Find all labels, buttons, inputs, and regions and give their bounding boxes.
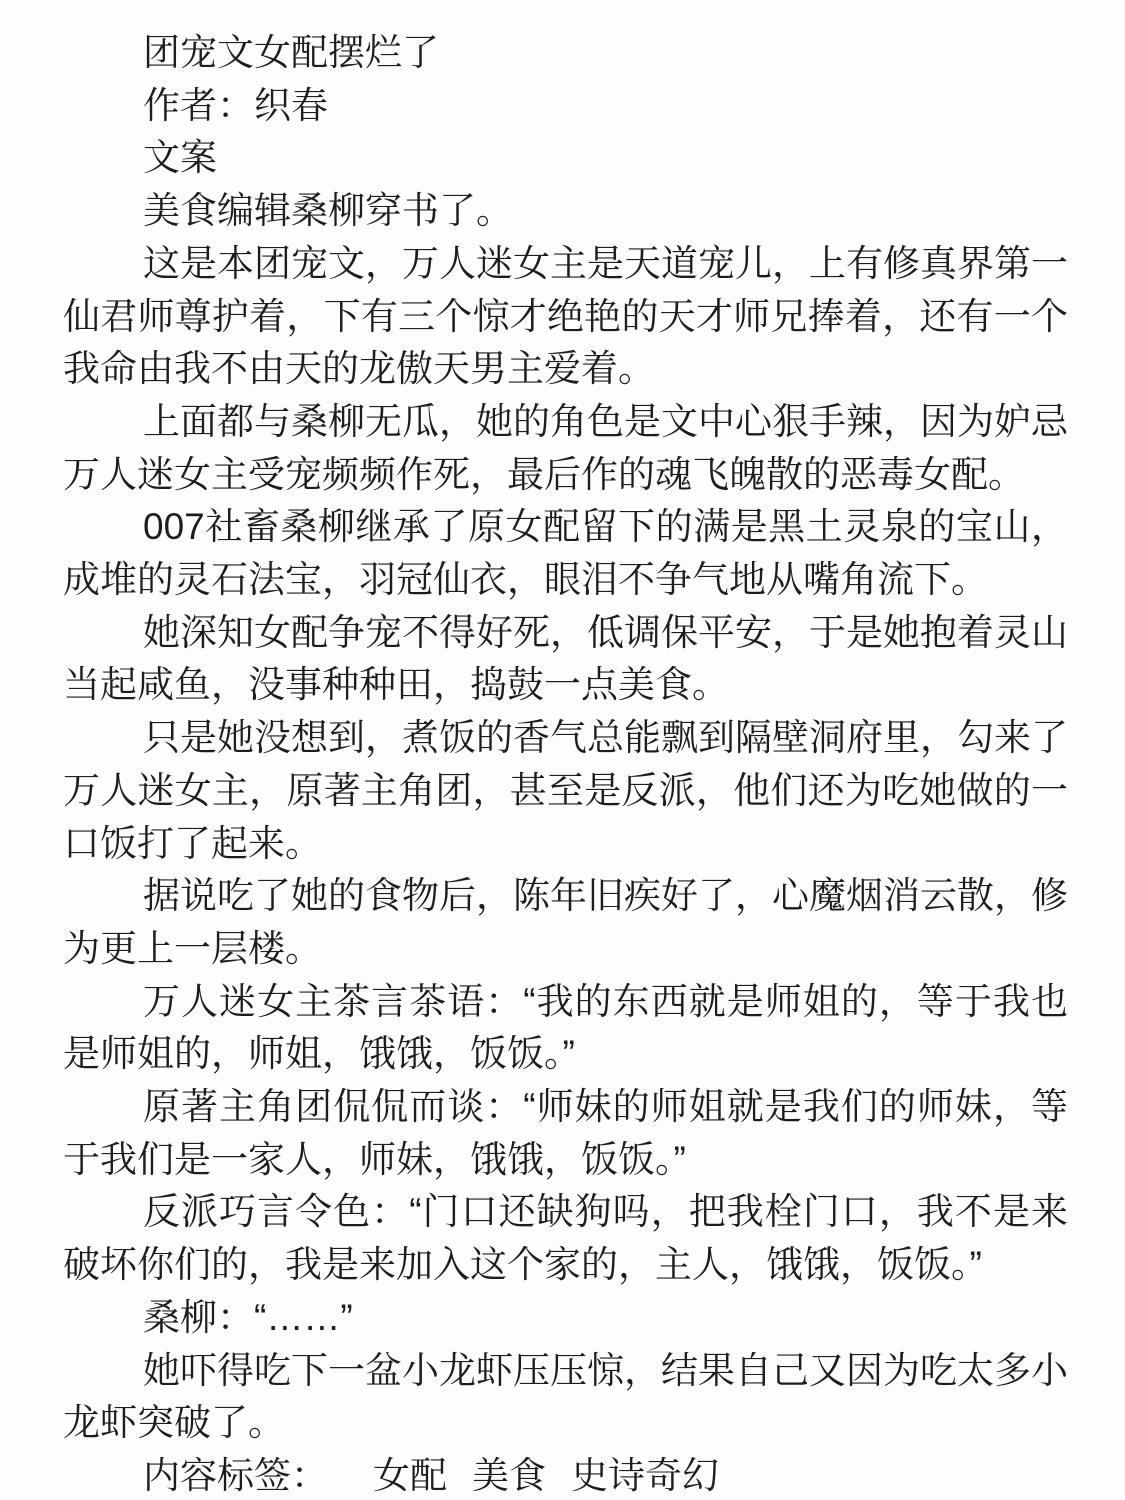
paragraph: 上面都与桑柳无瓜，她的角色是文中心狠手辣，因为妒忌万人迷女主受宠频频作死，最后作… bbox=[63, 396, 1068, 501]
paragraph: 她吓得吃下一盆小龙虾压压惊，结果自己又因为吃太多小龙虾突破了。 bbox=[63, 1345, 1068, 1450]
page: { "page": { "background": "#fdfdfd", "te… bbox=[0, 0, 1125, 1500]
tag-nvpei: 女配 bbox=[373, 1455, 447, 1496]
paragraph: 反派巧言令色：“门口还缺狗吗，把我栓门口，我不是来破坏你们的，我是来加入这个家的… bbox=[63, 1186, 1068, 1291]
tag-shishi-qihuan: 史诗奇幻 bbox=[571, 1455, 719, 1496]
tags-label: 内容标签： bbox=[143, 1455, 328, 1496]
paragraph: 007社畜桑柳继承了原女配留下的满是黑土灵泉的宝山，成堆的灵石法宝，羽冠仙衣，眼… bbox=[63, 501, 1068, 606]
paragraph: 这是本团宠文，万人迷女主是天道宠儿，上有修真界第一仙君师尊护着，下有三个惊才绝艳… bbox=[63, 238, 1068, 396]
novel-title: 团宠文女配摆烂了 bbox=[63, 27, 1068, 80]
paragraph: 原著主角团侃侃而谈：“师妹的师姐就是我们的师妹，等于我们是一家人，师妹，饿饿，饭… bbox=[63, 1081, 1068, 1186]
section-label: 文案 bbox=[63, 132, 1068, 185]
paragraph: 万人迷女主茶言茶语：“我的东西就是师姐的，等于我也是师姐的，师姐，饿饿，饭饭。” bbox=[63, 976, 1068, 1081]
tag-meishi: 美食 bbox=[472, 1455, 546, 1496]
paragraph: 她深知女配争宠不得好死，低调保平安，于是她抱着灵山当起咸鱼，没事种种田，捣鼓一点… bbox=[63, 607, 1068, 712]
content-tags-line: 内容标签：女配美食史诗奇幻 bbox=[63, 1450, 1068, 1500]
novel-blurb-document: 团宠文女配摆烂了 作者：织春 文案 美食编辑桑柳穿书了。 这是本团宠文，万人迷女… bbox=[0, 0, 1125, 1500]
paragraph: 只是她没想到，煮饭的香气总能飘到隔壁洞府里，勾来了万人迷女主，原著主角团，甚至是… bbox=[63, 712, 1068, 870]
author-line: 作者：织春 bbox=[63, 80, 1068, 133]
paragraph: 据说吃了她的食物后，陈年旧疾好了，心魔烟消云散，修为更上一层楼。 bbox=[63, 870, 1068, 975]
paragraph: 美食编辑桑柳穿书了。 bbox=[63, 185, 1068, 238]
paragraph: 桑柳：“……” bbox=[63, 1292, 1068, 1345]
